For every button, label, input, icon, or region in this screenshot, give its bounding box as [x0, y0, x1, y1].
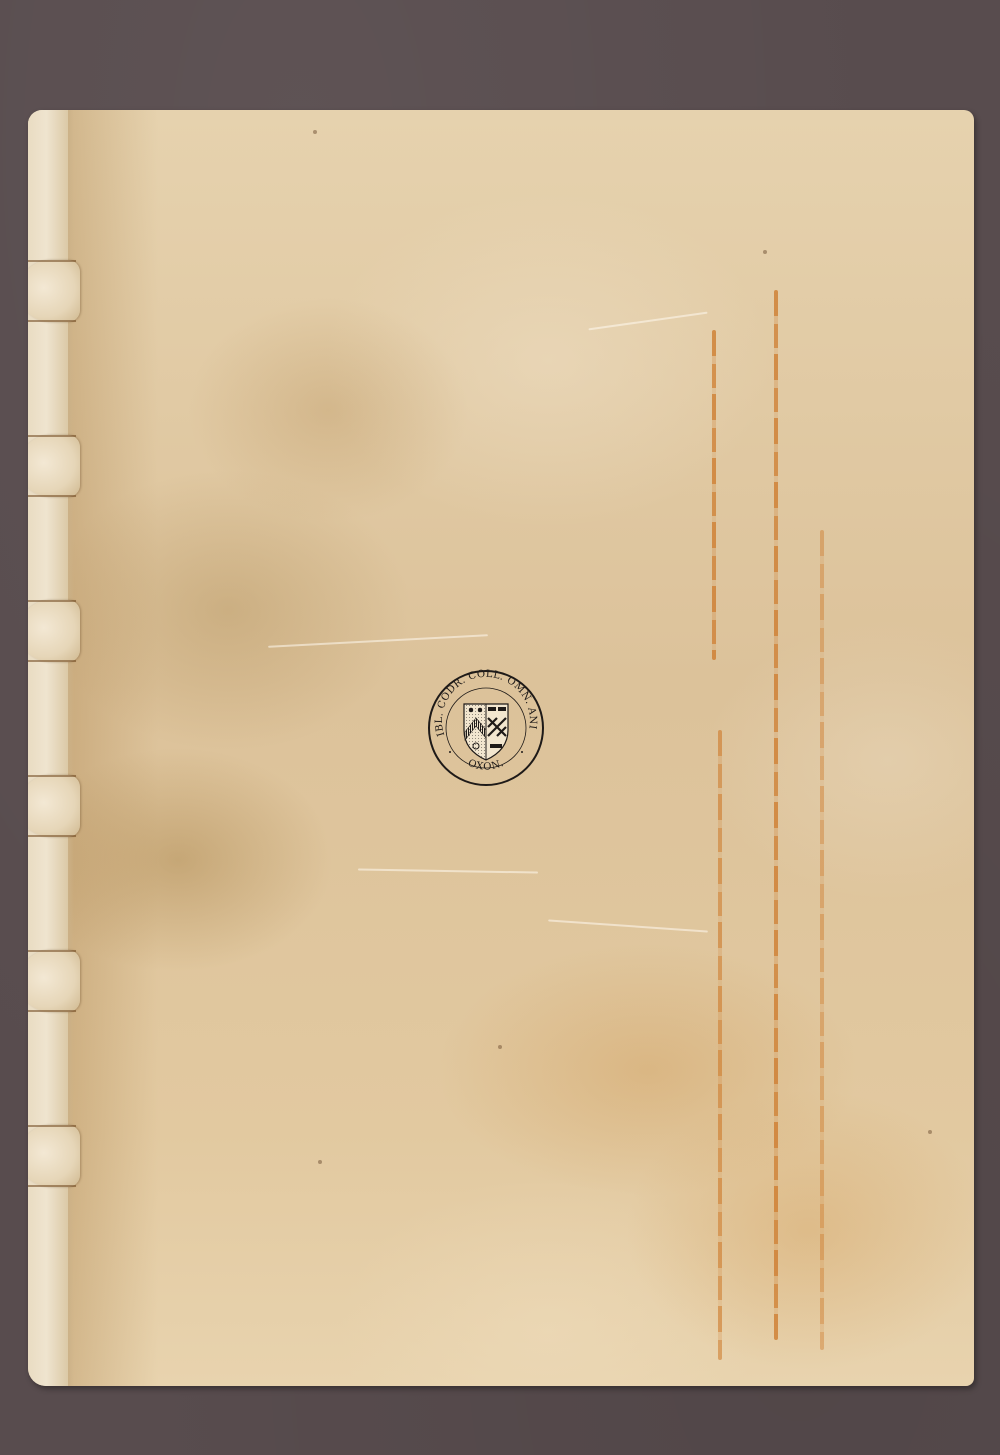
surface-crease [268, 634, 488, 648]
heraldic-shield-icon [464, 704, 508, 760]
surface-speck [928, 1130, 932, 1134]
spine-band [28, 950, 80, 1012]
spine-band [28, 775, 80, 837]
rust-stain-line [820, 530, 824, 1350]
rust-stain-line [718, 730, 722, 1360]
surface-crease [588, 312, 707, 331]
stamp-seal-icon: BIBL. CODR. COLL. OMN. ANIM. OXON. [426, 668, 546, 788]
spine-band [28, 1125, 80, 1187]
surface-crease [358, 868, 538, 873]
surface-speck [498, 1045, 502, 1049]
spine-band [28, 260, 80, 322]
rust-stain-line [774, 290, 778, 1340]
spine-band [28, 435, 80, 497]
rust-stain-line [712, 330, 716, 660]
spine-edge-stain [68, 110, 158, 1386]
surface-crease [548, 919, 708, 932]
surface-speck [313, 130, 317, 134]
spine-band [28, 600, 80, 662]
surface-speck [318, 1160, 322, 1164]
library-stamp: BIBL. CODR. COLL. OMN. ANIM. OXON. [426, 668, 546, 788]
surface-speck [763, 250, 767, 254]
